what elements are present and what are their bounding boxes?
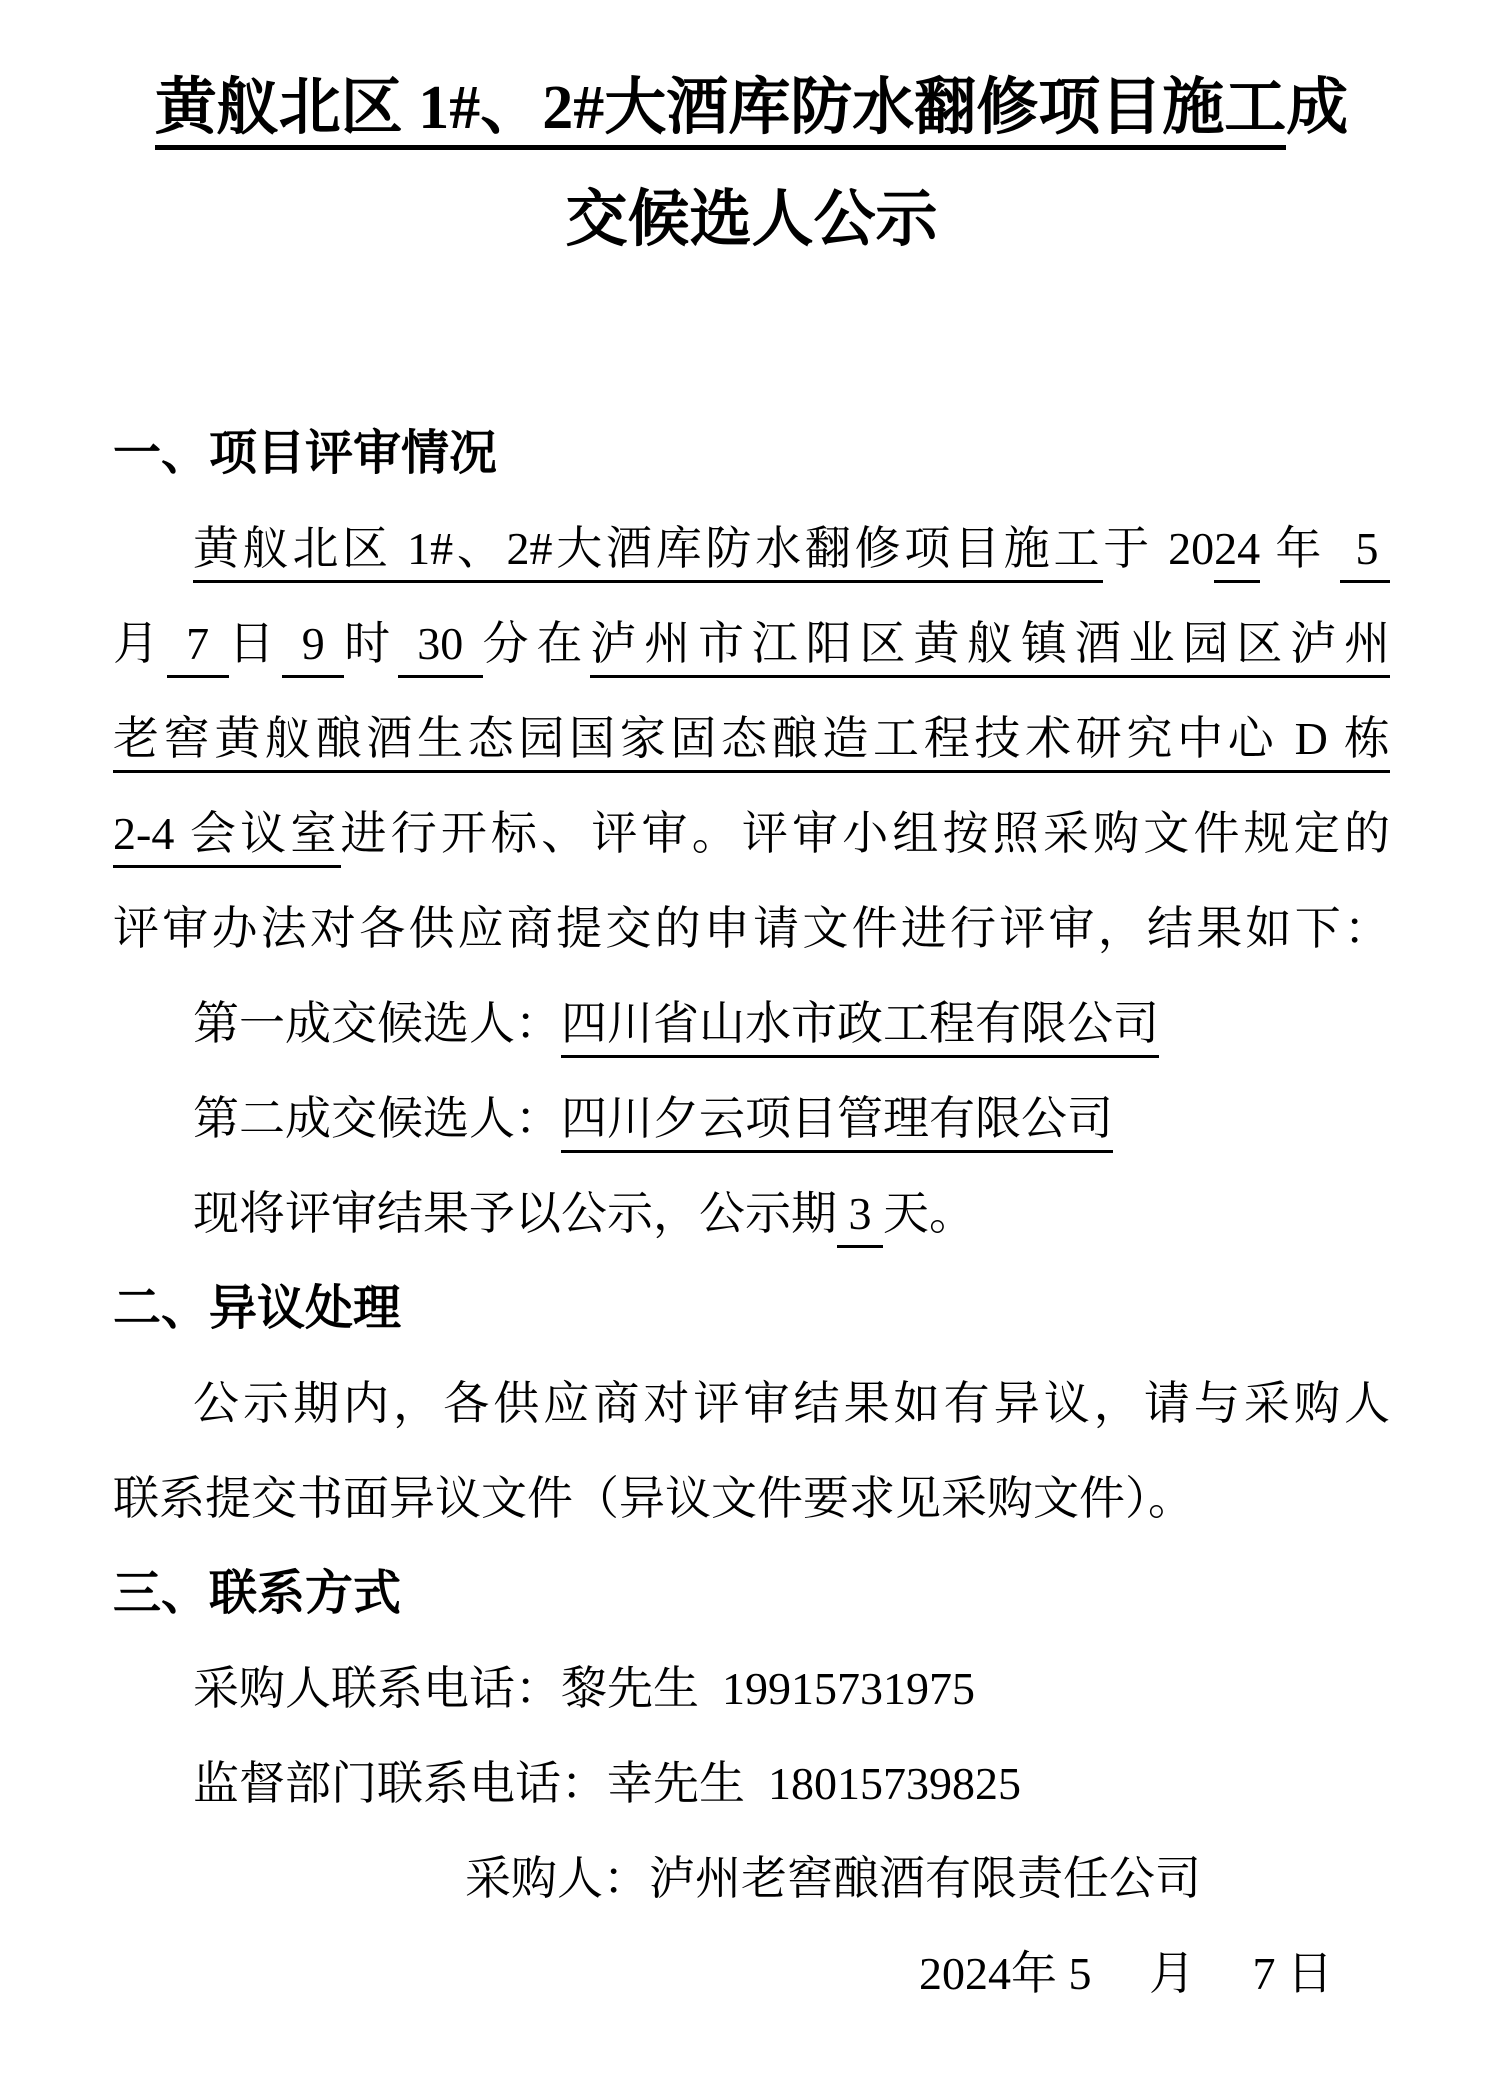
section-3-heading: 三、联系方式: [113, 1546, 1390, 1641]
blank-project-name: 黄舣北区 1#、2#大酒库防水翻修项目施工: [193, 523, 1103, 583]
purchaser-phone-value: 黎先生 19915731975: [561, 1663, 975, 1714]
blank-location-part1: 泸州市江阳区黄舣镇酒业园区泸州: [590, 618, 1390, 678]
doc-title-project-name: 黄舣北区 1#、2#大酒库防水翻修项目施工: [155, 74, 1287, 150]
blank-day: 7: [167, 618, 229, 678]
section-1-heading: 一、项目评审情况: [113, 406, 1390, 501]
review-para-line3: 老窖黄舣酿酒生态园国家固态酿造工程技术研究中心 D 栋: [113, 691, 1390, 786]
notice-document: 黄舣北区 1#、2#大酒库防水翻修项目施工成 交候选人公示 一、项目评审情况 黄…: [0, 0, 1500, 2021]
second-candidate-label: 第二成交候选人：: [193, 1093, 561, 1144]
first-candidate-label: 第一成交候选人：: [193, 998, 561, 1049]
blank-month: 5: [1340, 523, 1390, 583]
section-2-heading: 二、异议处理: [113, 1261, 1390, 1356]
purchaser-name: 泸州老窖酿酒有限责任公司: [649, 1853, 1201, 1904]
blank-location-part2: 老窖黄舣酿酒生态园国家固态酿造工程技术研究中心 D 栋: [113, 713, 1390, 773]
date-line: 2024年 5 月 7 日: [113, 1926, 1390, 2021]
blank-meeting-room: 2-4 会议室: [113, 808, 341, 868]
review-para-line2: 月 7 日 9 时 30 分在泸州市江阳区黄舣镇酒业园区泸州: [113, 596, 1390, 691]
purchaser-phone-line: 采购人联系电话：黎先生 19915731975: [113, 1641, 1390, 1736]
review-para-line4: 2-4 会议室进行开标、评审。评审小组按照采购文件规定的: [113, 786, 1390, 881]
first-candidate-line: 第一成交候选人：四川省山水市政工程有限公司: [113, 976, 1390, 1071]
doc-title-line1: 黄舣北区 1#、2#大酒库防水翻修项目施工成: [113, 52, 1390, 164]
purchaser-phone-label: 采购人联系电话：: [193, 1663, 561, 1714]
doc-title: 黄舣北区 1#、2#大酒库防水翻修项目施工成 交候选人公示: [113, 52, 1390, 276]
publicity-period-line: 现将评审结果予以公示，公示期 3 天。: [113, 1166, 1390, 1261]
objection-para-line1: 公示期内，各供应商对评审结果如有异议，请与采购人: [113, 1356, 1390, 1451]
supervisor-phone-line: 监督部门联系电话：幸先生 18015739825: [113, 1736, 1390, 1831]
supervisor-phone-label: 监督部门联系电话：: [193, 1758, 607, 1809]
blank-publicity-days: 3: [837, 1188, 883, 1248]
second-candidate-company: 四川夕云项目管理有限公司: [561, 1093, 1113, 1153]
doc-title-line2: 交候选人公示: [113, 164, 1390, 276]
blank-hour: 9: [282, 618, 344, 678]
review-para-line5: 评审办法对各供应商提交的申请文件进行评审，结果如下：: [113, 881, 1390, 976]
second-candidate-line: 第二成交候选人：四川夕云项目管理有限公司: [113, 1071, 1390, 1166]
objection-para-line2: 联系提交书面异议文件（异议文件要求见采购文件）。: [113, 1451, 1390, 1546]
review-para-line1: 黄舣北区 1#、2#大酒库防水翻修项目施工于 2024 年 5: [113, 501, 1390, 596]
purchaser-signature-line: 采购人：泸州老窖酿酒有限责任公司: [113, 1831, 1390, 1926]
blank-year-suffix: 24: [1214, 523, 1260, 583]
supervisor-phone-value: 幸先生 18015739825: [607, 1758, 1021, 1809]
first-candidate-company: 四川省山水市政工程有限公司: [561, 998, 1159, 1058]
blank-minute: 30: [398, 618, 483, 678]
purchaser-label: 采购人：: [465, 1853, 649, 1904]
